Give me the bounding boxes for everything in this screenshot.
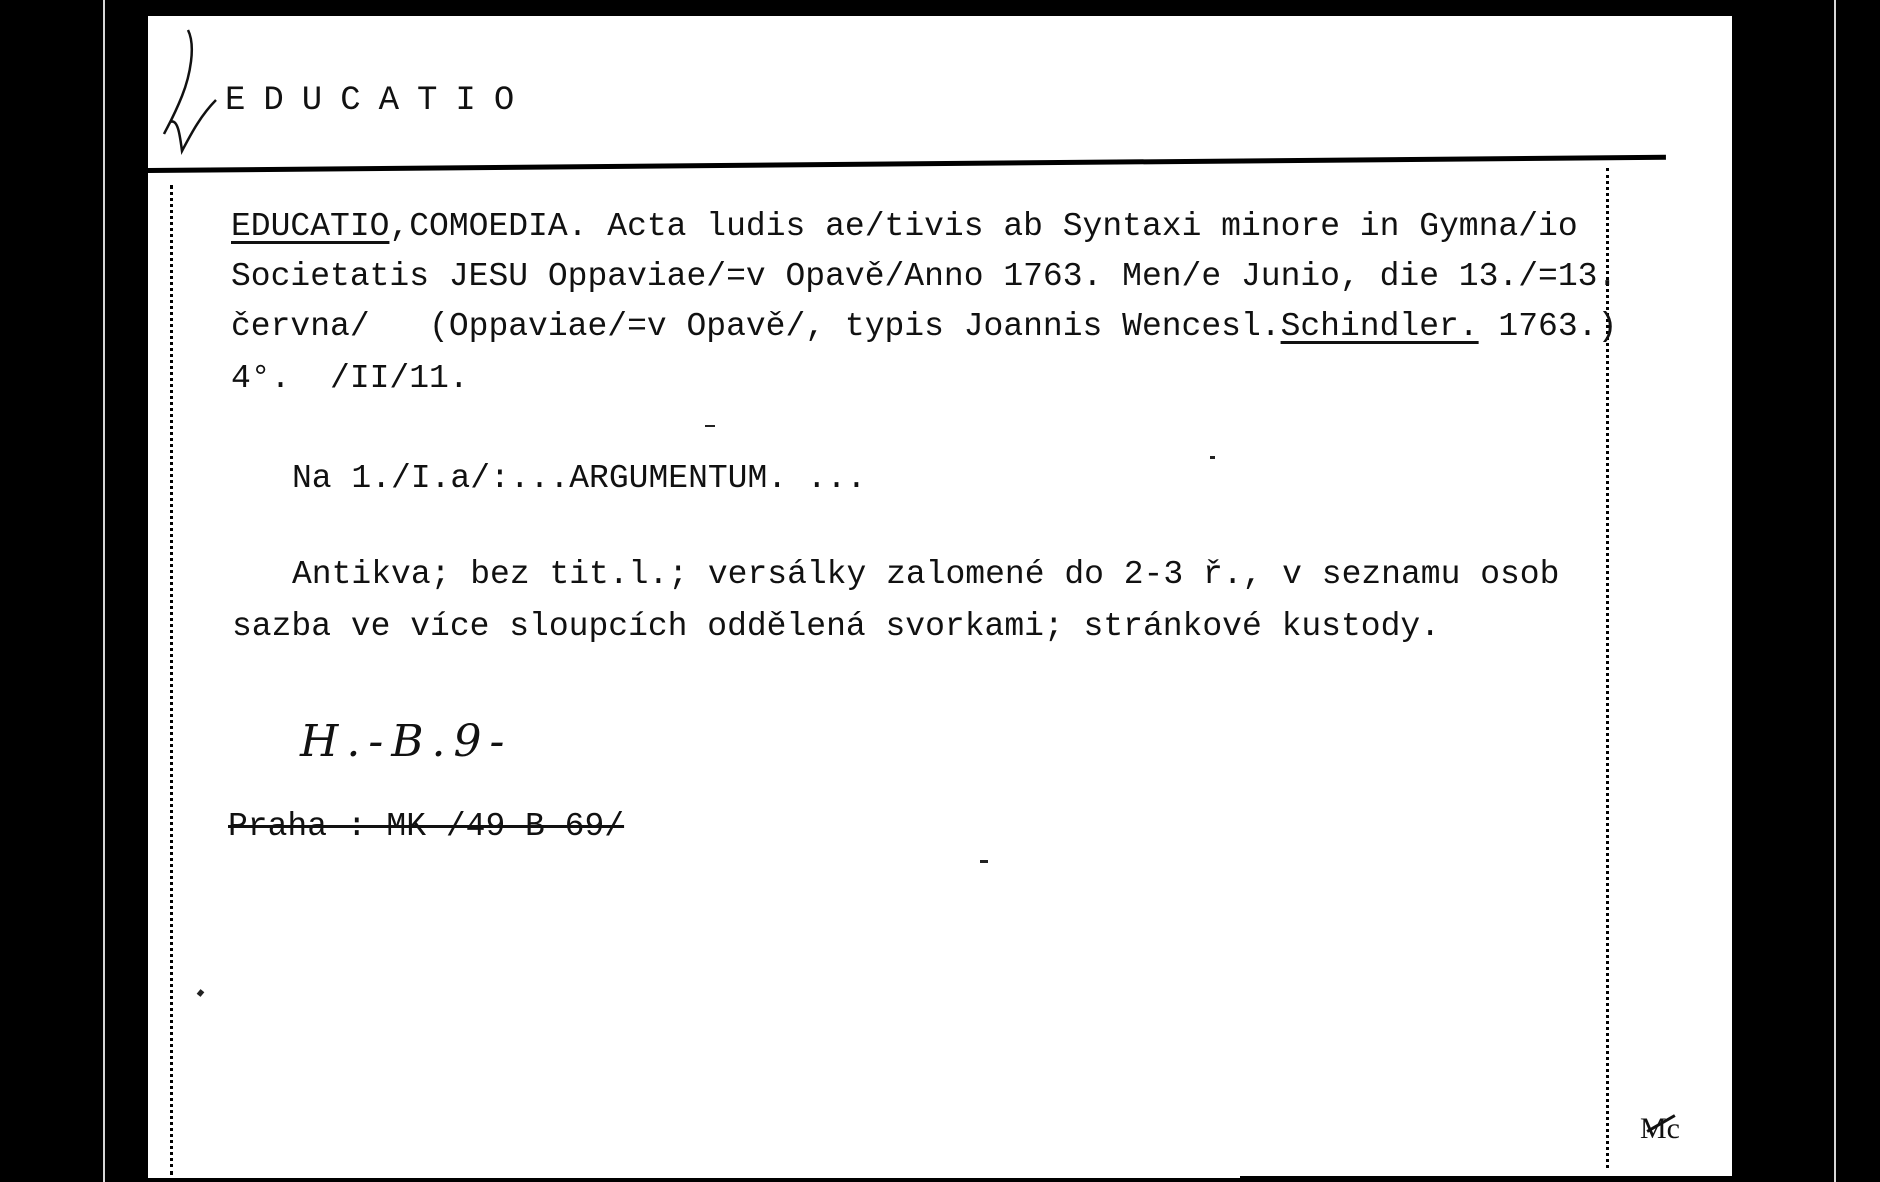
entry-imprint: Societatis JESU Oppaviae/=v Opavě/Anno 1… [231, 258, 1617, 295]
entry-title-underlined: EDUCATIO [231, 208, 389, 245]
catalog-card [148, 16, 1732, 1178]
handwritten-shelfmark: H.-B.9- [300, 716, 512, 767]
printer-name-underlined: Schindler. [1281, 308, 1479, 345]
scan-bottom-edge [1240, 1176, 1732, 1182]
entry-format: 4°. /II/11. [231, 360, 469, 397]
margin-rule-left [170, 185, 173, 1175]
scan-speck [1210, 456, 1215, 459]
handwritten-mark-icon [160, 26, 230, 156]
entry-line-2: Societatis JESU Oppaviae/=v Opavě/Anno 1… [231, 260, 1617, 293]
scan-speck [980, 860, 988, 863]
entry-publisher: června/ (Oppaviae/=v Opavě/, typis Joann… [231, 308, 1281, 345]
entry-title-rest: ,COMOEDIA. Acta ludis ae/tivis ab Syntax… [389, 208, 1577, 245]
cataloger-initials: Mc [1640, 1112, 1680, 1146]
struck-location: Praha : MK /49 B 69/ [228, 810, 624, 843]
card-heading: EDUCATIO [225, 82, 532, 120]
scan-edge-line-left [103, 0, 105, 1182]
description-line-1: Antikva; bez tit.l.; versálky zalomené d… [292, 558, 1559, 591]
entry-line-3: června/ (Oppaviae/=v Opavě/, typis Joann… [231, 310, 1617, 343]
scan-speck [705, 425, 715, 427]
entry-year: 1763.) [1479, 308, 1618, 345]
content-note: Na 1./I.a/:...ARGUMENTUM. ... [292, 462, 866, 495]
entry-line-4: 4°. /II/11. [231, 362, 469, 395]
scan-edge-line-right [1834, 0, 1836, 1182]
entry-line-1: EDUCATIO,COMOEDIA. Acta ludis ae/tivis a… [231, 210, 1578, 243]
description-line-2: sazba ve více sloupcích oddělená svorkam… [232, 610, 1440, 643]
